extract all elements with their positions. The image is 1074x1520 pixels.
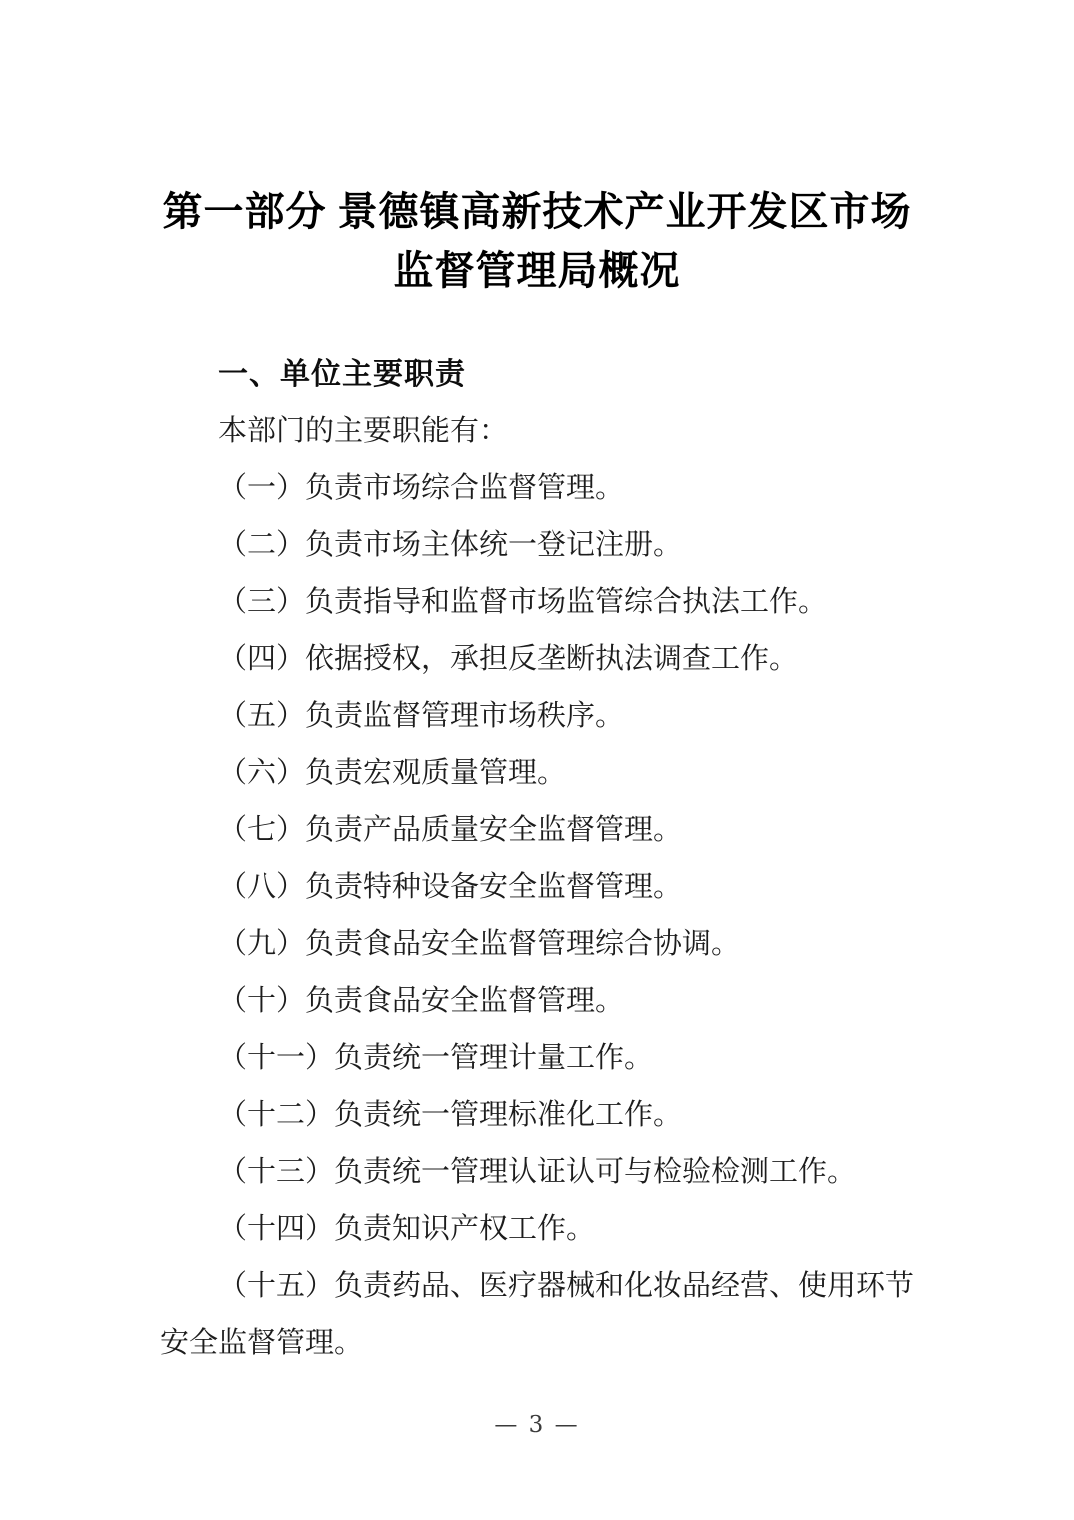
duty-item-7: （七）负责产品质量安全监督管理。 [160,802,918,859]
duty-item-15: （十五）负责药品、医疗器械和化妆品经营、使用环节安全监督管理。 [160,1258,918,1372]
duty-item-4: （四）依据授权，承担反垄断执法调查工作。 [160,631,918,688]
document-title: 第一部分 景德镇高新技术产业开发区市场 监督管理局概况 [80,182,994,300]
duty-item-13: （十三）负责统一管理认证认可与检验检测工作。 [160,1144,918,1201]
duty-item-8: （八）负责特种设备安全监督管理。 [160,859,918,916]
document-body: 一、单位主要职责 本部门的主要职能有： （一）负责市场综合监督管理。 （二）负责… [160,346,918,1372]
duty-item-3: （三）负责指导和监督市场监管综合执法工作。 [160,574,918,631]
duty-item-5: （五）负责监督管理市场秩序。 [160,688,918,745]
document-title-line-1: 第一部分 景德镇高新技术产业开发区市场 [80,182,994,241]
page-footer: — 3 — [0,1412,1074,1438]
intro-paragraph: 本部门的主要职能有： [160,403,918,460]
duty-item-2: （二）负责市场主体统一登记注册。 [160,517,918,574]
document-page: 第一部分 景德镇高新技术产业开发区市场 监督管理局概况 一、单位主要职责 本部门… [0,0,1074,1520]
duty-item-9: （九）负责食品安全监督管理综合协调。 [160,916,918,973]
duty-item-10: （十）负责食品安全监督管理。 [160,973,918,1030]
duty-item-1: （一）负责市场综合监督管理。 [160,460,918,517]
document-title-line-2: 监督管理局概况 [80,241,994,300]
duty-item-6: （六）负责宏观质量管理。 [160,745,918,802]
duty-item-12: （十二）负责统一管理标准化工作。 [160,1087,918,1144]
duty-item-14: （十四）负责知识产权工作。 [160,1201,918,1258]
section-heading: 一、单位主要职责 [160,346,918,403]
page-number: — 3 — [494,1412,579,1438]
duty-item-11: （十一）负责统一管理计量工作。 [160,1030,918,1087]
